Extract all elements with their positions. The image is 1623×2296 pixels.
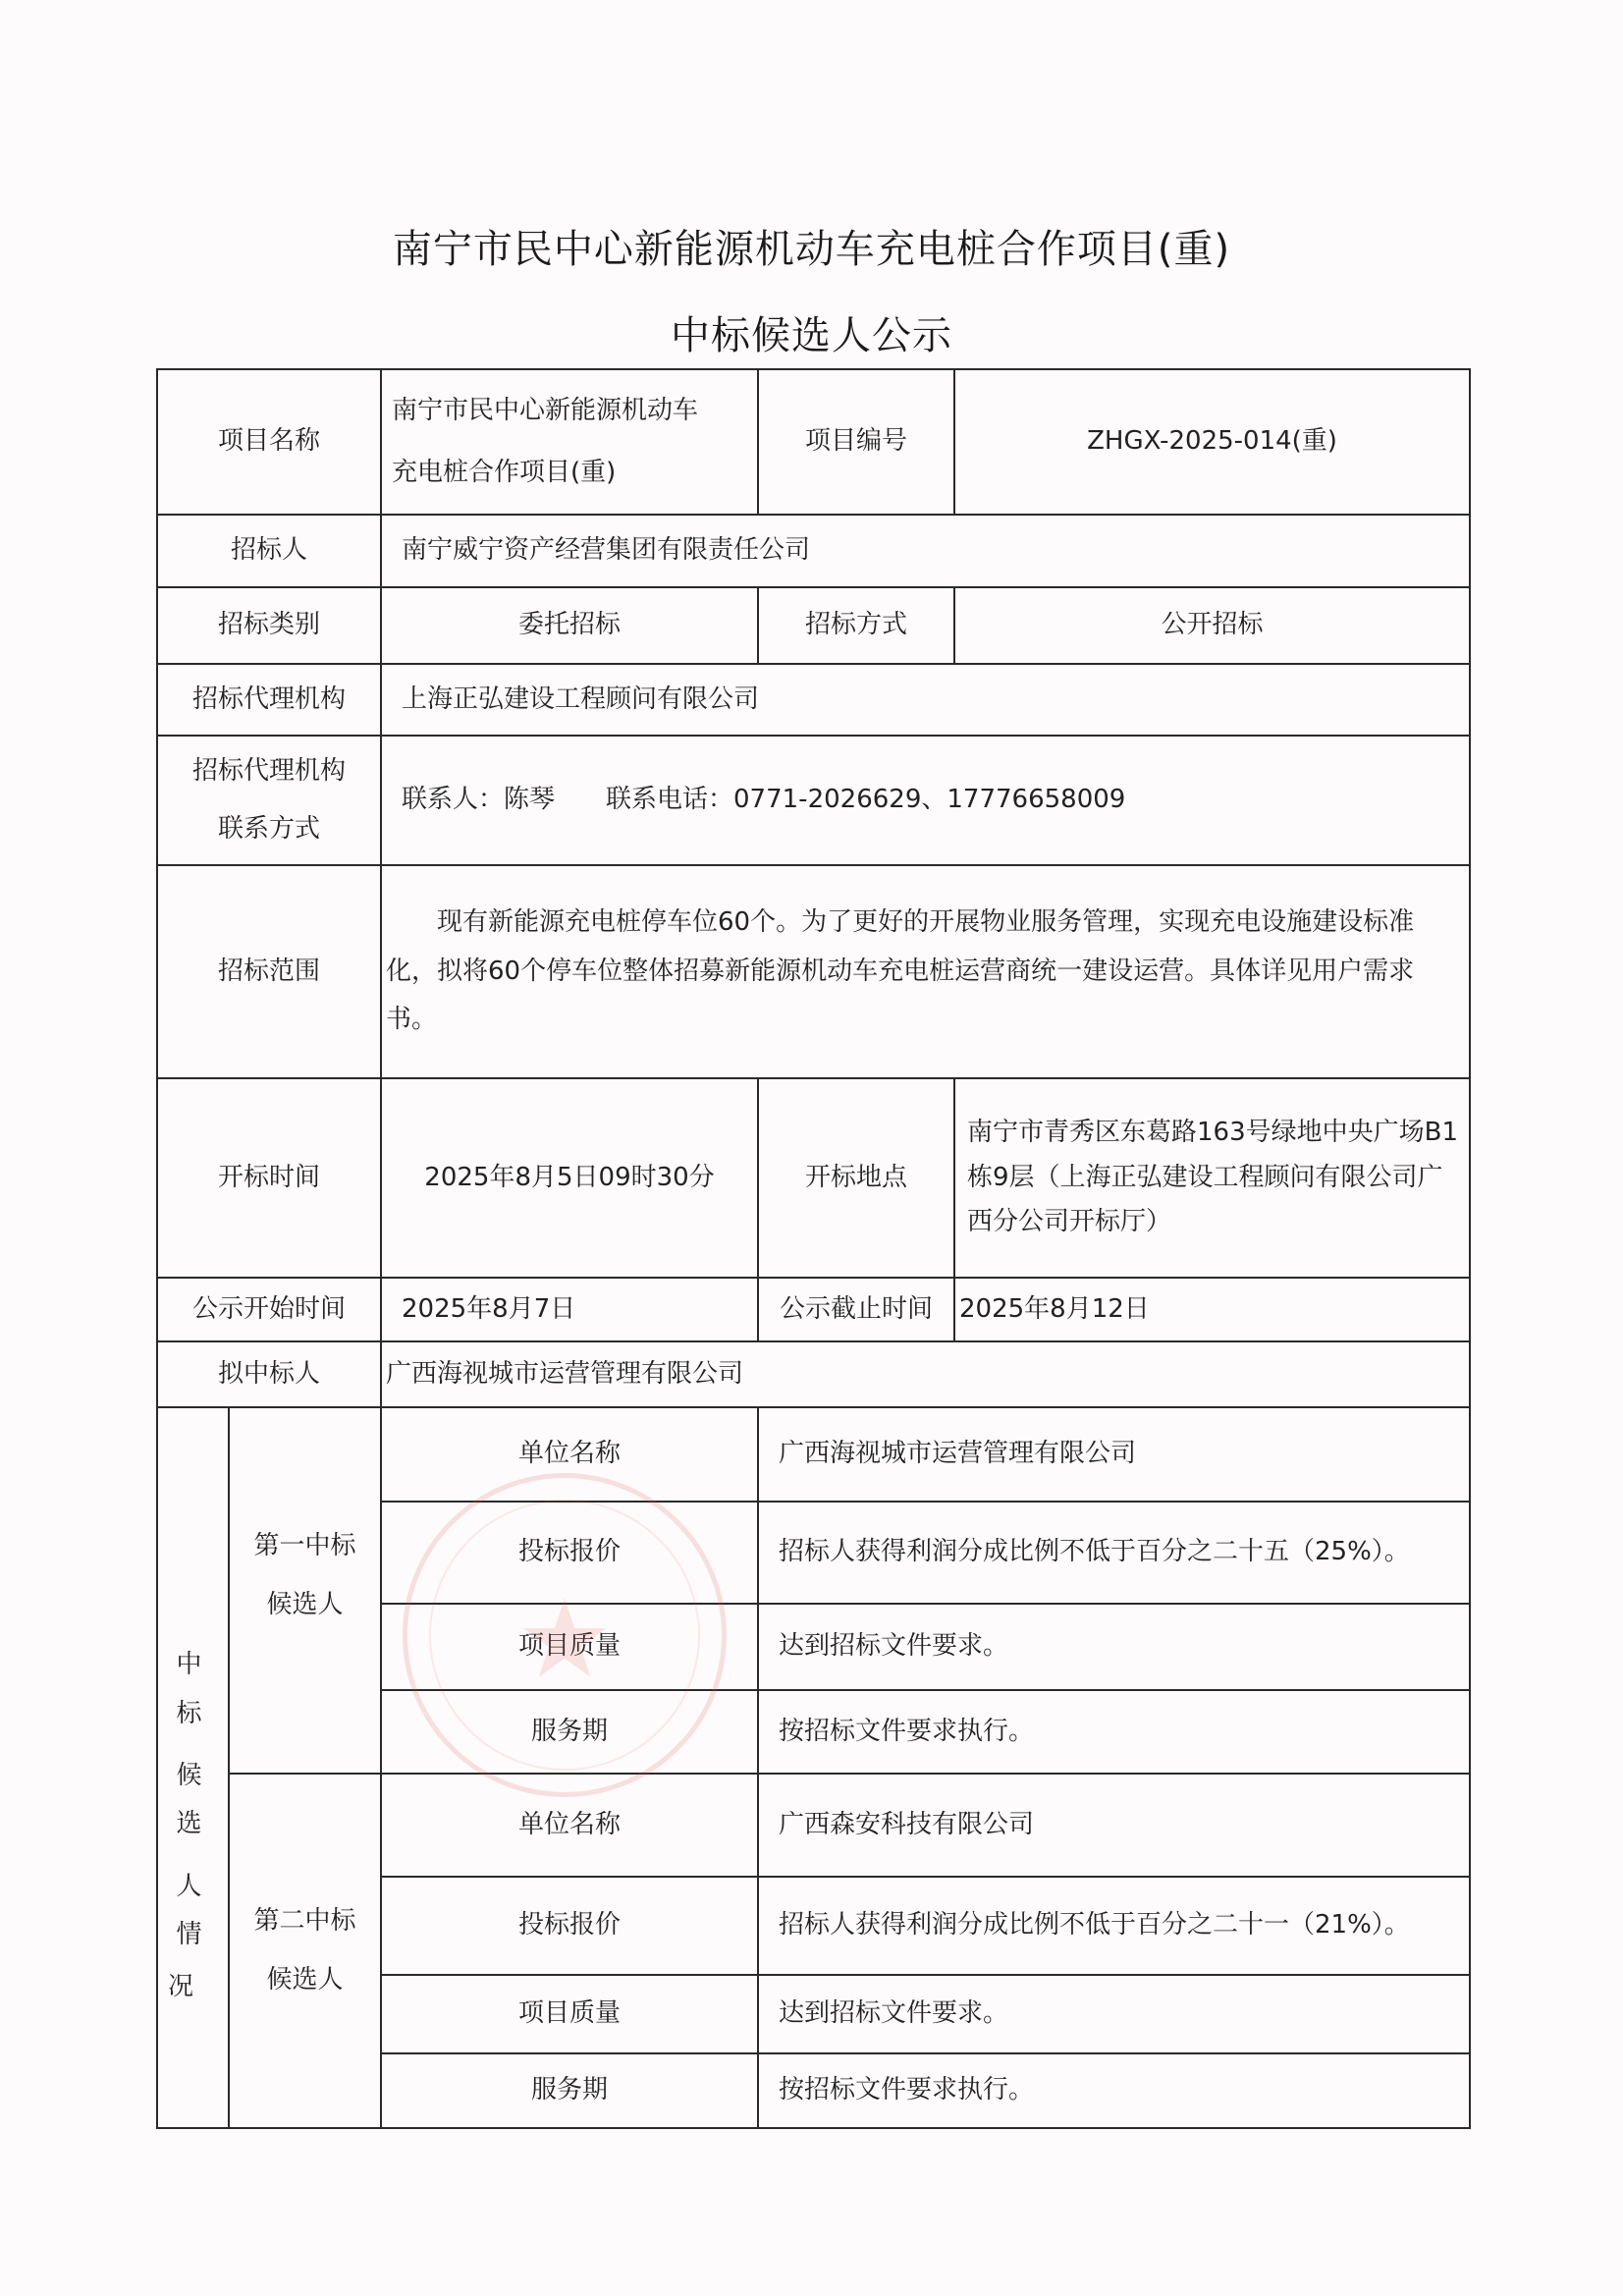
notice-table: 项目名称 南宁市民中心新能源机动车 充电桩合作项目(重) 项目编号 ZHGX-2… — [156, 368, 1471, 2129]
candidate-1-service-period: 按招标文件要求执行。 — [758, 1690, 1470, 1774]
label-tender-method: 招标方式 — [758, 587, 954, 664]
label-tenderer: 招标人 — [157, 515, 381, 587]
document-title: 南宁市民中心新能源机动车充电桩合作项目(重) — [0, 218, 1623, 274]
candidate-1-quality: 达到招标文件要求。 — [758, 1604, 1470, 1690]
row-tenderer: 招标人 南宁威宁资产经营集团有限责任公司 — [157, 515, 1470, 587]
label-publicity-end: 公示截止时间 — [758, 1278, 954, 1341]
value-opening-time: 2025年8月5日09时30分 — [381, 1078, 758, 1278]
candidate-2-unit-row: 第二中标 候选人 单位名称 广西森安科技有限公司 — [157, 1774, 1470, 1877]
candidates-section-line3: 人 情 — [162, 1863, 224, 1960]
candidate-1-bid-price: 招标人获得利润分成比例不低于百分之二十五（25%）。 — [758, 1502, 1470, 1604]
label-proposed-winner: 拟中标人 — [157, 1341, 381, 1407]
row-category: 招标类别 委托招标 招标方式 公开招标 — [157, 587, 1470, 664]
document-subtitle: 中标候选人公示 — [0, 304, 1623, 360]
candidate-2-unit-name: 广西森安科技有限公司 — [758, 1774, 1470, 1877]
candidate-1-rank-line1: 第一中标 — [234, 1522, 376, 1570]
label-opening-time: 开标时间 — [157, 1078, 381, 1278]
candidate-1-rank-line2: 候选人 — [234, 1581, 376, 1629]
value-tender-method: 公开招标 — [954, 587, 1470, 664]
candidate-2-rank-line1: 第二中标 — [234, 1897, 376, 1945]
row-agency-contact: 招标代理机构 联系方式 联系人：陈琴 联系电话：0771-2026629、177… — [157, 736, 1470, 865]
candidate-2-price-label: 投标报价 — [381, 1877, 758, 1975]
candidate-1-price-label: 投标报价 — [381, 1502, 758, 1604]
value-project-name-line2: 充电桩合作项目(重) — [392, 449, 747, 497]
label-agency-contact: 招标代理机构 联系方式 — [157, 736, 381, 865]
row-publicity: 公示开始时间 2025年8月7日 公示截止时间 2025年8月12日 — [157, 1278, 1470, 1341]
value-project-name: 南宁市民中心新能源机动车 充电桩合作项目(重) — [381, 369, 758, 515]
label-scope: 招标范围 — [157, 865, 381, 1078]
candidate-2-unit-label: 单位名称 — [381, 1774, 758, 1877]
label-opening-place: 开标地点 — [758, 1078, 954, 1278]
label-agency: 招标代理机构 — [157, 664, 381, 736]
candidate-1-unit-row: 中 标 候 选 人 情 况 第一中标 候选人 单位名称 广西海视城市运营管理有限… — [157, 1407, 1470, 1502]
label-project-name: 项目名称 — [157, 369, 381, 515]
value-tender-category: 委托招标 — [381, 587, 758, 664]
candidate-2-service-period: 按招标文件要求执行。 — [758, 2053, 1470, 2128]
label-agency-contact-line1: 招标代理机构 — [168, 747, 370, 795]
candidate-2-quality: 达到招标文件要求。 — [758, 1975, 1470, 2053]
candidate-1-unit-name: 广西海视城市运营管理有限公司 — [758, 1407, 1470, 1502]
row-proposed-winner: 拟中标人 广西海视城市运营管理有限公司 — [157, 1341, 1470, 1407]
value-agency-contact: 联系人：陈琴 联系电话：0771-2026629、17776658009 — [381, 736, 1470, 865]
row-opening: 开标时间 2025年8月5日09时30分 开标地点 南宁市青秀区东葛路163号绿… — [157, 1078, 1470, 1278]
value-publicity-start: 2025年8月7日 — [381, 1278, 758, 1341]
candidates-section-line4: 况 — [162, 1963, 224, 2011]
row-scope: 招标范围 现有新能源充电桩停车位60个。为了更好的开展物业服务管理，实现充电设施… — [157, 865, 1470, 1078]
row-project: 项目名称 南宁市民中心新能源机动车 充电桩合作项目(重) 项目编号 ZHGX-2… — [157, 369, 1470, 515]
candidate-2-rank-line2: 候选人 — [234, 1956, 376, 2004]
value-proposed-winner: 广西海视城市运营管理有限公司 — [381, 1341, 1470, 1407]
label-candidates-section: 中 标 候 选 人 情 况 — [157, 1407, 229, 2128]
value-project-name-line1: 南宁市民中心新能源机动车 — [392, 387, 747, 435]
value-tenderer: 南宁威宁资产经营集团有限责任公司 — [381, 515, 1470, 587]
candidates-section-line2: 候 选 — [162, 1752, 224, 1849]
label-project-number: 项目编号 — [758, 369, 954, 515]
candidates-section-line1: 中 标 — [162, 1641, 224, 1738]
value-opening-place: 南宁市青秀区东葛路163号绿地中央广场B1栋9层（上海正弘建设工程顾问有限公司广… — [954, 1078, 1470, 1278]
value-project-number: ZHGX-2025-014(重) — [954, 369, 1470, 515]
value-publicity-end: 2025年8月12日 — [954, 1278, 1470, 1341]
label-agency-contact-line2: 联系方式 — [168, 805, 370, 853]
candidate-1-quality-label: 项目质量 — [381, 1604, 758, 1690]
candidate-2-service-label: 服务期 — [381, 2053, 758, 2128]
candidate-1-service-label: 服务期 — [381, 1690, 758, 1774]
candidate-2-bid-price: 招标人获得利润分成比例不低于百分之二十一（21%）。 — [758, 1877, 1470, 1975]
label-publicity-start: 公示开始时间 — [157, 1278, 381, 1341]
candidate-2-quality-label: 项目质量 — [381, 1975, 758, 2053]
candidate-1-rank: 第一中标 候选人 — [229, 1407, 381, 1774]
row-agency: 招标代理机构 上海正弘建设工程顾问有限公司 — [157, 664, 1470, 736]
label-tender-category: 招标类别 — [157, 587, 381, 664]
candidate-1-unit-label: 单位名称 — [381, 1407, 758, 1502]
value-scope: 现有新能源充电桩停车位60个。为了更好的开展物业服务管理，实现充电设施建设标准化… — [381, 865, 1470, 1078]
candidate-2-rank: 第二中标 候选人 — [229, 1774, 381, 2128]
value-agency: 上海正弘建设工程顾问有限公司 — [381, 664, 1470, 736]
